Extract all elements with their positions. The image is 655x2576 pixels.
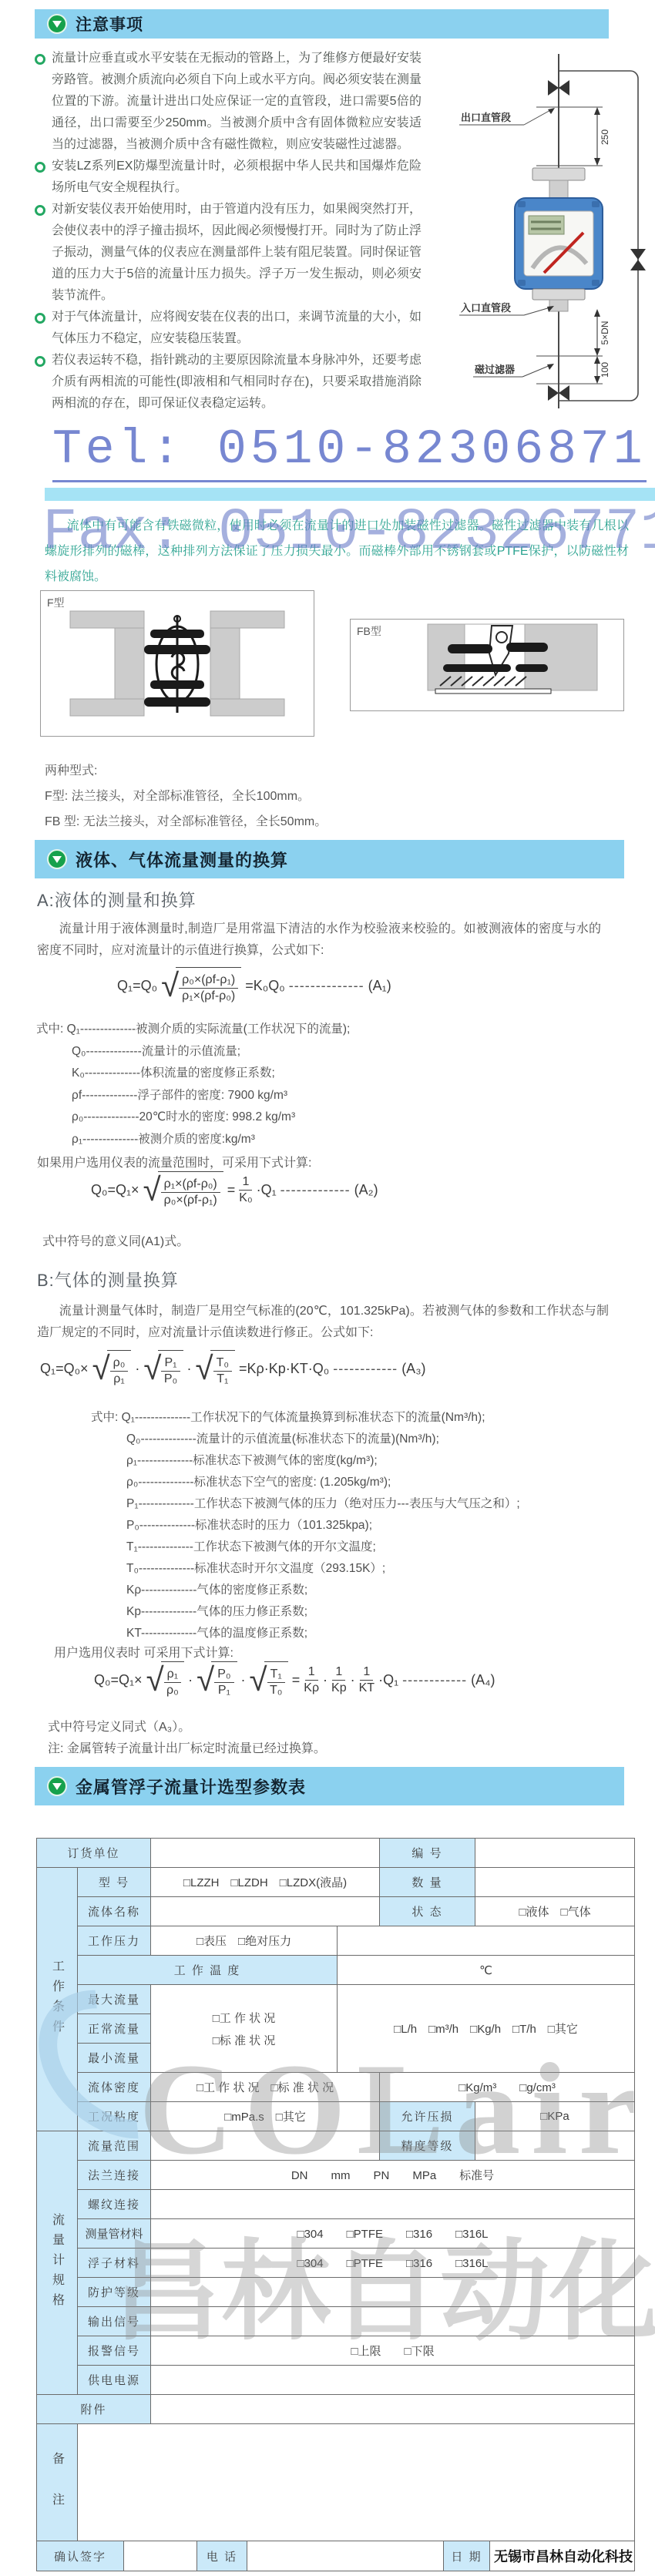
table-row: 防护等级 [37,2278,635,2307]
list-item: 安装LZ系列EX防爆型流量计时，必须根据中华人民共和国爆炸危险场所电气安全规程执… [35,156,422,199]
bullet-icon [35,356,45,367]
triangle-down-icon [52,856,62,863]
note-text: 流量计应垂直或水平安装在无振动的管路上，为了维修方便最好安装旁路管。被测介质流向… [52,48,422,156]
cell-flange-value[interactable]: DN mm PN MPa 标准号 [151,2161,635,2190]
cell-alarm-options[interactable]: □上限 □下限 [151,2336,635,2366]
table-row: 工作条件 型 号 □LZZH □LZDH □LZDX(液晶) 数 量 [37,1868,635,1897]
fb-type-label: FB型 [357,623,381,639]
cell-phone-value[interactable] [247,2541,444,2571]
cell-confirm-sign: 确认签字 [37,2541,124,2571]
cell-state: 状 态 [380,1897,475,1926]
cell-density-units[interactable]: □Kg/m³ □g/cm³ [380,2073,635,2102]
cell-qty-value[interactable] [475,1868,635,1897]
cell-pressure-value[interactable] [338,1926,635,1956]
cell-sign-value[interactable] [124,2541,197,2571]
cell-model: 型 号 [78,1868,151,1897]
cell-min-flow: 最小流量 [78,2044,151,2073]
list-item: 若仪表运转不稳，指针跳动的主要原因除流量本身脉冲外，还要考虑介质有两相流的可能性… [35,350,422,415]
lcd-display [529,216,564,234]
cell-flow-range: 流量范围 [78,2131,151,2161]
cell-order-unit: 订货单位 [37,1839,151,1868]
list-item: 对新安装仪表开始使用时，由于管道内没有压力，如果阀突然打开，会使仪表中的浮子撞击… [35,199,422,307]
cell-attachment: 附件 [37,2395,151,2424]
cell-remarks-value[interactable] [78,2424,635,2541]
section-a-paragraph2: 如果用户选用仪表的流量范围时，可采用下式计算: [37,1153,311,1170]
cell-date: 日 期 [444,2541,490,2571]
table-row: 供电电源 [37,2366,635,2395]
table-row: 确认签字 电 话 日 期 无锡市昌林自动化科技 [37,2541,635,2571]
section-title: 金属管浮子流量计选型参数表 [76,1775,306,1798]
note-text: 对于气体流量计，应将阀安装在仪表的出口，来调节流量的大小，如气体压力不稳定，应安… [52,307,422,350]
cell-loss-unit[interactable]: □KPa [475,2102,635,2131]
cell-temp-unit[interactable]: ℃ [338,1956,635,1985]
table-row: 流体密度 □工 作 状 况 □标 准 状 况 □Kg/m³ □g/cm³ [37,2073,635,2102]
signature-row: 确认签字 电 话 日 期 无锡市昌林自动化科技 [37,2541,634,2571]
table-row: 最大流量 □工 作 状 况 □标 准 状 况 □L/h □m³/h □Kg/h … [37,1985,635,2014]
cell-fluid-density: 流体密度 [78,2073,151,2102]
cell-alarm: 报警信号 [78,2336,151,2366]
cell-power: 供电电源 [78,2366,151,2395]
cell-output: 输出信号 [78,2307,151,2336]
formula-a4: Q₀=Q₁× √ρ₁ρ₀ · √P₀P₁ · √T₁T₀ = 1Kρ · 1Kp… [94,1661,495,1698]
list-item: 对于气体流量计，应将阀安装在仪表的出口，来调节流量的大小，如气体压力不稳定，应安… [35,307,422,350]
table-row: 工况粘度 □mPa.s □其它 允许压损 □KPa [37,2102,635,2131]
tel-number: Tel: 0510-82306871 [52,422,647,482]
cell-flange: 法兰连接 [78,2161,151,2190]
types-intro: 两种型式: [45,758,327,784]
table-row: 浮子材料 □304 □PTFE □316 □316L [37,2249,635,2278]
cell-output-value[interactable] [151,2307,635,2336]
table-row: 工 作 温 度 ℃ [37,1956,635,1985]
section-b-heading: B:气体的测量换算 [37,1268,179,1291]
cell-state-options[interactable]: □液体 □气体 [475,1897,635,1926]
fb-type-desc: FB 型: 无法兰接头，对全部标准管径，全长50mm。 [45,809,327,835]
note-text: 若仪表运转不稳，指针跳动的主要原因除流量本身脉冲外，还要考虑介质有两相流的可能性… [52,350,422,415]
f-type-drawing [41,591,314,736]
cell-thread: 螺纹连接 [78,2190,151,2219]
cell-fluid-name-value[interactable] [151,1897,380,1926]
formula-lhs: Q₁=Q₀ [117,978,157,994]
installation-diagram: 250 5×DN 100 出口直管段 [422,40,653,421]
dimension-100: 100 [600,362,610,378]
cell-serial: 编 号 [380,1839,475,1868]
cell-protection: 防护等级 [78,2278,151,2307]
cell-work-pressure: 工作压力 [78,1926,151,1956]
vertical-header-flowmeter-spec: 流量计规格 [37,2131,78,2395]
table-row: 工作压力 □表压 □绝对压力 [37,1926,635,1956]
cell-flow-conditions[interactable]: □工 作 状 况 □标 准 状 况 [151,1985,338,2073]
cell-attachment-value[interactable] [151,2395,635,2424]
cell-viscosity: 工况粘度 [78,2102,151,2131]
section-marker-icon [47,14,67,34]
cell-accuracy-value[interactable] [475,2131,635,2161]
cell-order-unit-value[interactable] [151,1839,380,1868]
cell-serial-value[interactable] [475,1839,635,1868]
cell-float-material: 浮子材料 [78,2249,151,2278]
section-title: 注意事项 [76,12,143,35]
section-header-conversion: 液体、气体流量测量的换算 [35,840,624,878]
cell-work-temp: 工 作 温 度 [78,1956,338,1985]
bullet-icon [35,162,45,173]
section-marker-icon [47,1776,67,1796]
cell-normal-flow: 正常流量 [78,2014,151,2044]
cell-flow-units[interactable]: □L/h □m³/h □Kg/h □T/h □其它 [338,1985,635,2073]
formula-a2: Q₀=Q₁× √ρ₁×(ρf-ρ₀)ρ₀×(ρf-ρ₁) = 1K₀ ·Q₁ -… [91,1171,378,1208]
valve-icon [630,249,646,270]
triangle-down-icon [52,1783,62,1790]
cell-density-conditions[interactable]: □工 作 状 况 □标 准 状 况 [151,2073,380,2102]
section-a-heading: A:液体的测量和换算 [37,888,196,912]
formula-a3-definitions: 式中: Q₁--------------工作状况下的气体流量换算到标准状态下的流… [91,1407,520,1644]
inlet-label: 入口直管段 [461,302,511,314]
cell-tube-material-options[interactable]: □304 □PTFE □316 □316L [151,2219,635,2249]
section-a-paragraph: 流量计用于液体测量时,制造厂是用常温下清洁的水作为校验液来校验的。如被测液体的密… [37,919,601,962]
fax-watermark: Fax: 0510-82326771 [42,499,655,566]
dimension-5xdn: 5×DN [600,321,610,344]
section-b-note1: 式中符号定义同式（A₃）。 [48,1717,190,1735]
cell-float-material-options[interactable]: □304 □PTFE □316 □316L [151,2249,635,2278]
f-type-desc: F型: 法兰接头，对全部标准管径，全长100mm。 [45,784,327,809]
notes-list: 流量计应垂直或水平安装在无振动的管路上，为了维修方便最好安装旁路管。被测介质流向… [35,48,422,415]
cell-protection-value[interactable] [151,2278,635,2307]
cell-viscosity-options[interactable]: □mPa.s □其它 [151,2102,380,2131]
table-row: 流量计规格 流量范围 精度等级 [37,2131,635,2161]
cell-fluid-name: 流体名称 [78,1897,151,1926]
cell-accuracy: 精度等级 [380,2131,475,2161]
types-note: 两种型式: F型: 法兰接头，对全部标准管径，全长100mm。 FB 型: 无法… [45,758,327,835]
table-row: 流体名称 状 态 □液体 □气体 [37,1897,635,1926]
table-row: 备 注 [37,2424,635,2541]
bullet-icon [35,54,45,65]
vertical-header-work-conditions: 工作条件 [37,1868,78,2131]
cell-date-value[interactable]: 无锡市昌林自动化科技 [490,2541,634,2571]
f-type-label: F型 [47,595,65,610]
bullet-icon [35,205,45,216]
list-item: 流量计应垂直或水平安装在无振动的管路上，为了维修方便最好安装旁路管。被测介质流向… [35,48,422,156]
formula-a1: Q₁=Q₀ √ρ₀×(ρf-ρ₁)ρ₁×(ρf-ρ₀) =K₀Q₀ ------… [117,967,391,1004]
cell-flow-range-value[interactable] [151,2131,380,2161]
formula-a3: Q₁=Q₀× √ρ₀ρ₁ · √P₁P₀ · √T₀T₁ =Kρ·Kp·KT·Q… [40,1350,426,1387]
table-row: 法兰连接 DN mm PN MPa 标准号 [37,2161,635,2190]
table-row: 附件 [37,2395,635,2424]
section-b-paragraph2: 用户选用仪表时 可采用下式计算: [54,1643,233,1661]
cell-power-value[interactable] [151,2366,635,2395]
formula-a1-definitions: 式中: Q₁--------------被测介质的实际流量(工作状况下的流量);… [36,1019,350,1150]
cell-qty: 数 量 [380,1868,475,1897]
company-name: 无锡市昌林自动化科技 [494,2546,633,2566]
section-b-paragraph: 流量计测量气体时，制造厂是用空气标准的(20℃，101.325kPa)。若被测气… [37,1301,609,1344]
flowmeter-illustration [515,168,603,311]
section-header-notes: 注意事项 [35,9,609,39]
table-row: 输出信号 [37,2307,635,2336]
fb-type-box: FB型 [350,619,624,711]
cell-tube-material: 测量管材料 [78,2219,151,2249]
cell-press-loss: 允许压损 [380,2102,475,2131]
outlet-label: 出口直管段 [461,112,511,123]
page: 注意事项 流量计应垂直或水平安装在无振动的管路上，为了维修方便最好安装旁路管。被… [0,0,655,2576]
note-text: 安装LZ系列EX防爆型流量计时，必须根据中华人民共和国爆炸危险场所电气安全规程执… [52,156,422,199]
dimension-250: 250 [600,129,610,145]
cell-phone: 电 话 [197,2541,247,2571]
note-text: 对新安装仪表开始使用时，由于管道内没有压力，如果阀突然打开，会使仪表中的浮子撞击… [52,199,422,307]
vertical-header-remarks: 备 注 [37,2424,78,2541]
cell-thread-value[interactable] [151,2190,635,2219]
section-b-note2: 注: 金属管转子流量计出厂标定时流量已经过换算。 [48,1738,326,1756]
section-header-selection: 金属管浮子流量计选型参数表 [35,1767,624,1805]
fb-type-drawing [351,620,623,710]
table-row: 螺纹连接 [37,2190,635,2219]
section-marker-icon [47,849,67,869]
section-a-note: 式中符号的意义同(A1)式。 [42,1231,189,1249]
table-row: 报警信号 □上限 □下限 [37,2336,635,2366]
filter-label: 磁过滤器 [475,364,515,375]
selection-parameter-table: 订货单位 编 号 工作条件 型 号 □LZZH □LZDH □LZDX(液晶) … [36,1838,635,2571]
cell-pressure-options[interactable]: □表压 □绝对压力 [151,1926,338,1956]
cell-max-flow: 最大流量 [78,1985,151,2014]
table-row: 测量管材料 □304 □PTFE □316 □316L [37,2219,635,2249]
triangle-down-icon [52,21,62,28]
table-row: 订货单位 编 号 [37,1839,635,1868]
f-type-box: F型 [40,590,314,737]
bullet-icon [35,313,45,324]
section-title: 液体、气体流量测量的换算 [76,848,288,872]
cell-model-options[interactable]: □LZZH □LZDH □LZDX(液晶) [151,1868,380,1897]
